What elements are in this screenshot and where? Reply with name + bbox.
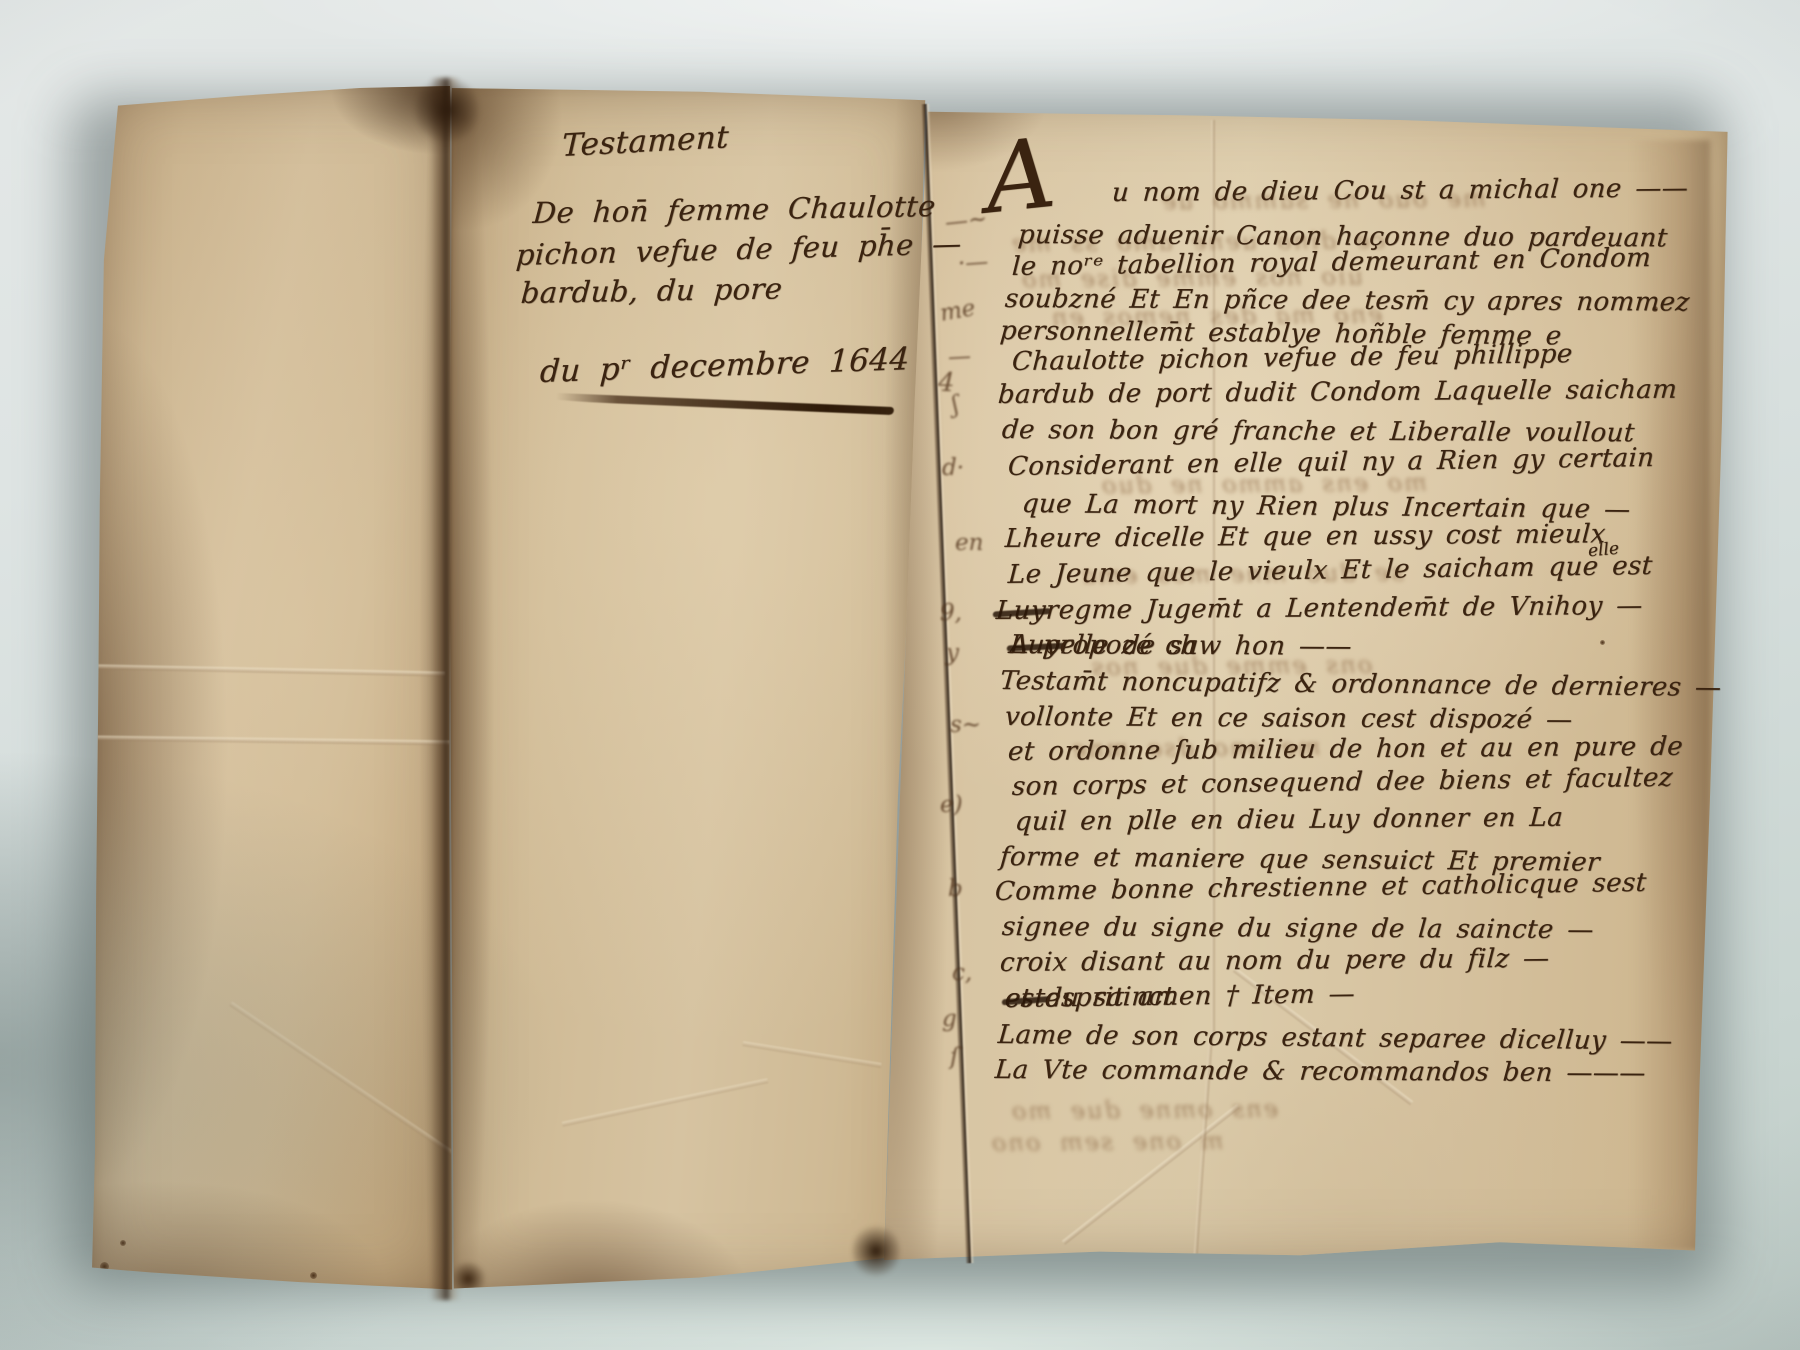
stain	[852, 1222, 900, 1280]
bleedthrough-text: m one sem ono	[990, 1127, 1224, 1157]
ink-speck	[310, 1272, 317, 1279]
decorated-initial: A	[980, 125, 1059, 228]
margin-mark: e)	[940, 792, 963, 818]
bleedthrough-text: uio nos emme dise mo	[1020, 263, 1363, 294]
manuscript-photo: Testament De hon̄ femme Chaulotte pichon…	[0, 0, 1800, 1350]
bleedthrough-text: eno ma des nemos en	[1050, 301, 1383, 332]
fold-crease	[95, 664, 445, 676]
fold-crease	[742, 1041, 881, 1068]
fold-crease	[1233, 968, 1413, 1106]
margin-mark: c,	[952, 960, 972, 986]
bleedthrough-text: mo ens ammo ne duo	[1100, 469, 1427, 500]
ink-speck	[1600, 640, 1605, 645]
bleedthrough-text: me ouo ne sammo ue	[1160, 185, 1486, 216]
interline-insertion: elle	[1587, 539, 1620, 562]
bleedthrough-text: ce dino uene amo ss me	[1010, 226, 1385, 257]
page-edge-shading	[1630, 140, 1710, 1250]
stain	[414, 76, 480, 144]
docket-line: bardub, du pore	[520, 271, 784, 310]
margin-mark: ſ	[950, 1044, 959, 1070]
margin-mark: g	[942, 1006, 957, 1032]
ink-speck	[120, 1240, 126, 1246]
margin-mark: 9,	[940, 600, 962, 626]
bleedthrough-text: ons emme due nos	[1090, 651, 1373, 681]
margin-mark: s~	[950, 712, 981, 738]
bleedthrough-text: se duo mne mos ema	[1080, 559, 1404, 590]
left-page-sheet	[88, 80, 458, 1298]
margin-mark: b	[948, 876, 963, 902]
center-fold-shadow	[430, 78, 460, 1300]
ink-speck	[1652, 306, 1658, 312]
margin-mark: en	[955, 530, 983, 556]
fold-crease	[1062, 1104, 1240, 1245]
bleedthrough-text: me ono dse mne	[1070, 733, 1321, 763]
margin-mark: ·—	[957, 249, 989, 277]
bleedthrough-text: ens omne due mo	[1010, 1095, 1278, 1125]
fold-crease	[562, 1078, 768, 1127]
margin-mark: y	[946, 640, 959, 666]
docket-line: De hon̄ femme Chaulotte	[532, 189, 937, 230]
fold-crease	[95, 736, 450, 746]
margin-mark: d·	[942, 455, 964, 481]
margin-mark: —	[947, 343, 971, 370]
